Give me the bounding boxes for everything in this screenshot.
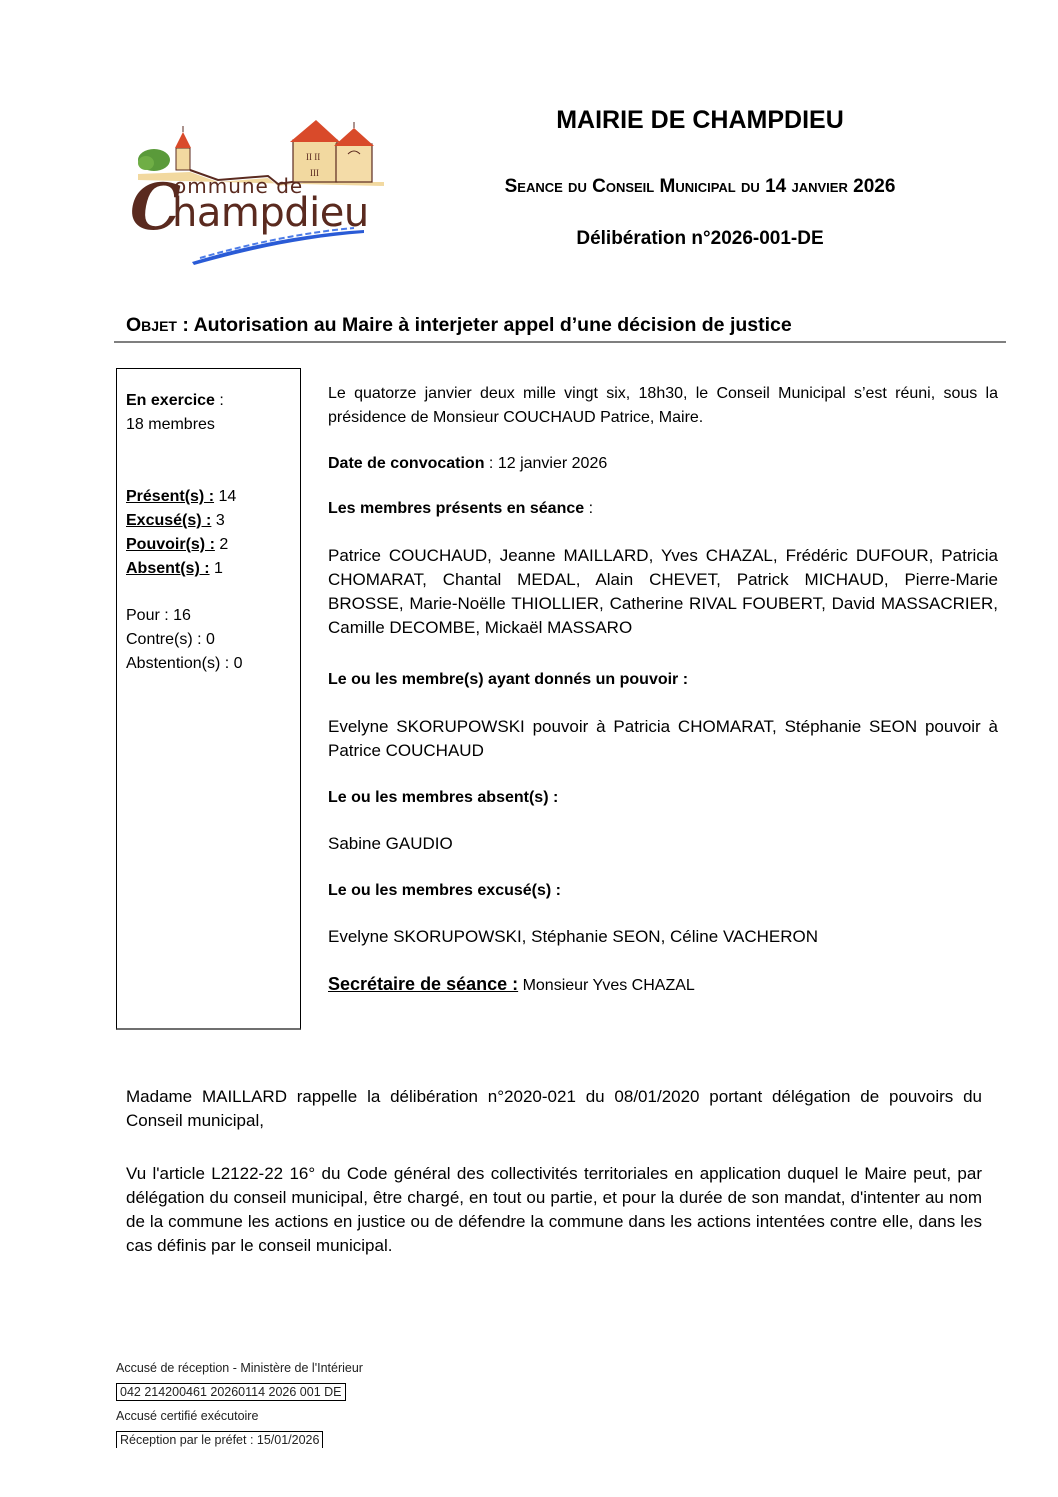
absents-heading: Le ou les membres absent(s) : [328,786,998,810]
count-label: Absent(s) : [126,560,210,577]
count-value: 3 [216,512,225,529]
stamp-box-reception: Réception par le préfet : 15/01/2026 [116,1431,323,1448]
objet-heading: Objet : Autorisation au Maire à interjet… [126,314,1006,337]
attendance-counts: Présent(s) : 14 Excusé(s) : 3 Pouvoir(s)… [126,485,236,581]
vote-value: 16 [173,607,191,624]
absents-list: Sabine GAUDIO [328,832,998,856]
attendance-box [116,368,301,1030]
count-value: 2 [219,536,228,553]
objet-divider [114,341,1006,343]
objet-text: Autorisation au Maire à interjeter appel… [194,314,792,336]
pouvoir-heading: Le ou les membre(s) ayant donnés un pouv… [328,668,998,692]
en-exercice: En exercice : 18 membres [126,389,224,437]
stamp-box-id: 042 214200461 20260114 2026 001 DE [116,1383,346,1401]
deliberation-number: Délibération n°2026-001-DE [480,228,920,250]
presents-sep: : [584,500,593,517]
vote-pour: Pour : 16 [126,604,243,628]
vote-abstention: Abstention(s) : 0 [126,652,243,676]
paragraph-rappel: Madame MAILLARD rappelle la délibération… [126,1085,982,1133]
convocation-label: Date de convocation [328,455,484,472]
en-exercice-value: 18 membres [126,416,215,433]
count-pouvoir: Pouvoir(s) : 2 [126,533,236,557]
presents-label: Les membres présents en séance [328,500,584,517]
objet-label: Objet : [126,314,189,336]
convocation-line: Date de convocation : 12 janvier 2026 [328,452,998,476]
excuses-list: Evelyne SKORUPOWSKI, Stéphanie SEON, Cél… [328,925,998,949]
en-exercice-sep: : [215,392,224,409]
pouvoir-list: Evelyne SKORUPOWSKI pouvoir à Patricia C… [328,715,998,763]
secretaire-label: Secrétaire de séance : [328,974,518,994]
vote-value: 0 [234,655,243,672]
vote-label: Abstention(s) : [126,655,229,672]
secretaire-value: Monsieur Yves CHAZAL [518,977,695,994]
convocation-value: : 12 janvier 2026 [484,455,607,472]
paragraph-vu-article: Vu l'article L2122-22 16° du Code généra… [126,1162,982,1258]
vote-results: Pour : 16 Contre(s) : 0 Abstention(s) : … [126,604,243,676]
svg-text:II II: II II [306,152,320,162]
document-page: II II III C ommune de hampdieu MAIRIE DE… [0,0,1058,1497]
stamp-reception: Réception par le préfet : 15/01/2026 [116,1431,323,1448]
vote-label: Contre(s) : [126,631,202,648]
count-present: Présent(s) : 14 [126,485,236,509]
count-value: 14 [218,488,236,505]
session-intro: Le quatorze janvier deux mille vingt six… [328,382,998,430]
secretaire-line: Secrétaire de séance : Monsieur Yves CHA… [328,972,998,998]
logo-text: C ommune de hampdieu [128,174,384,254]
presents-list: Patrice COUCHAUD, Jeanne MAILLARD, Yves … [328,544,998,640]
presents-heading: Les membres présents en séance : [328,497,998,521]
count-excuse: Excusé(s) : 3 [126,509,236,533]
excuses-heading: Le ou les membres excusé(s) : [328,879,998,903]
count-value: 1 [214,560,223,577]
seance-title: Seance du Conseil Municipal du 14 janvie… [460,176,940,198]
stamp-id: 042 214200461 20260114 2026 001 DE [116,1383,346,1401]
stamp-line-accuse: Accusé de réception - Ministère de l'Int… [116,1361,363,1375]
commune-logo: II II III C ommune de hampdieu [128,110,384,270]
count-label: Excusé(s) : [126,512,211,529]
mairie-title: MAIRIE DE CHAMPDIEU [480,106,920,135]
en-exercice-label: En exercice [126,392,215,409]
count-absent: Absent(s) : 1 [126,557,236,581]
count-label: Présent(s) : [126,488,214,505]
vote-value: 0 [206,631,215,648]
vote-contre: Contre(s) : 0 [126,628,243,652]
count-label: Pouvoir(s) : [126,536,215,553]
stamp-line-certifie: Accusé certifié exécutoire [116,1409,258,1423]
logo-line2: hampdieu [172,190,369,236]
vote-label: Pour : [126,607,169,624]
